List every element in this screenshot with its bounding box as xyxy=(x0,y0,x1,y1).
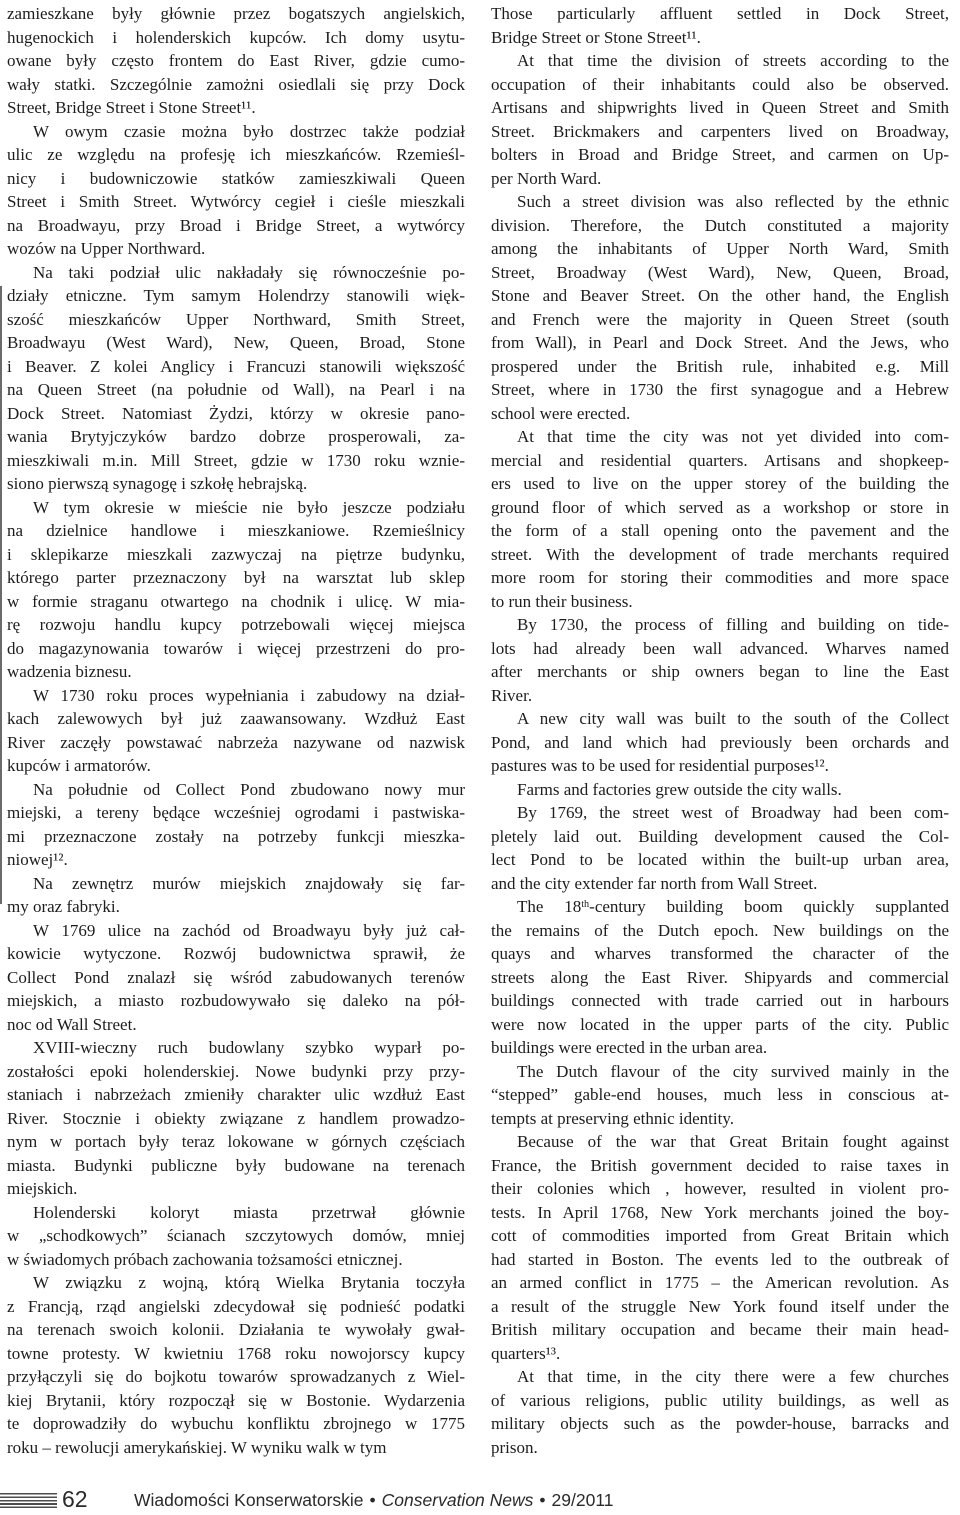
text-line: szość mieszkańców Upper Northward, Smith… xyxy=(7,308,465,332)
separator-bullet: • xyxy=(539,1490,545,1510)
text-line: do magazynowania towarów i więcej przest… xyxy=(7,637,465,661)
text-line: miejskich. xyxy=(7,1177,465,1201)
text-line: The 18th-century building boom quickly s… xyxy=(491,895,949,919)
text-line: z Francją, rząd angielski zdecydował się… xyxy=(7,1295,465,1319)
page-number: 62 xyxy=(62,1486,88,1512)
text-line: cott of commodities imported from Great … xyxy=(491,1224,949,1248)
text-line: owane były często frontem do East River,… xyxy=(7,49,465,73)
journal-mark-icon xyxy=(0,1493,57,1508)
text-line: an armed conflict in 1775 – the American… xyxy=(491,1271,949,1295)
text-line: Farms and factories grew outside the cit… xyxy=(491,778,949,802)
text-column-polish: zamieszkane były głównie przez bogatszyc… xyxy=(7,2,465,1459)
text-line: and French were the majority in Queen St… xyxy=(491,308,949,332)
text-line: towne protesty. W kwietniu 1768 roku now… xyxy=(7,1342,465,1366)
text-line: streets along the East River. Shipyards … xyxy=(491,966,949,990)
text-line: w świadomych próbach zachowania tożsamoś… xyxy=(7,1248,465,1272)
text-line: miasta. Budynki publiczne były budowane … xyxy=(7,1154,465,1178)
text-line: their colonies which , however, resulted… xyxy=(491,1177,949,1201)
text-line: kupców i armatorów. xyxy=(7,754,465,778)
text-line: kach zalewowych był już zaawansowany. Wz… xyxy=(7,707,465,731)
text-line: pletely laid out. Building development c… xyxy=(491,825,949,849)
text-line: którego parter przeznaczony był na warsz… xyxy=(7,566,465,590)
text-line: W tym okresie w mieście nie było jeszcze… xyxy=(7,496,465,520)
text-line: mi przeznaczone zostały na potrzeby funk… xyxy=(7,825,465,849)
text-line: quays and wharves transformed the charac… xyxy=(491,942,949,966)
text-line: Bridge Street or Stone Street¹¹. xyxy=(491,26,949,50)
text-line: a result of the struggle New York found … xyxy=(491,1295,949,1319)
text-line: na dzielnice handlowe i mieszkaniowe. Rz… xyxy=(7,519,465,543)
text-line: Collect Pond znalazł się wśród zabudowan… xyxy=(7,966,465,990)
text-line: Street, Broadway (West Ward), New, Queen… xyxy=(491,261,949,285)
text-line: w „schodkowych” ścianach szczytowych dom… xyxy=(7,1224,465,1248)
text-line: kowicie wytyczone. Rozwój budownictwa sp… xyxy=(7,942,465,966)
journal-title-en: Conservation News xyxy=(382,1490,534,1510)
text-line: Street i Smith Street. Wytwórcy cegieł i… xyxy=(7,190,465,214)
text-line: lect Pond to be located within the built… xyxy=(491,848,949,872)
text-line: Dock Street. Natomiast Żydzi, którzy w o… xyxy=(7,402,465,426)
text-line: “stepped” gable-end houses, much less in… xyxy=(491,1083,949,1107)
text-line: By 1769, the street west of Broadway had… xyxy=(491,801,949,825)
text-line: mercial and residential quarters. Artisa… xyxy=(491,449,949,473)
text-line: bolters in Broad and Bridge Street, and … xyxy=(491,143,949,167)
text-line: i Beaver. Z kolei Anglicy i Francuzi sta… xyxy=(7,355,465,379)
text-line: W 1730 roku proces wypełniania i zabudow… xyxy=(7,684,465,708)
text-line: street. With the development of trade me… xyxy=(491,543,949,567)
text-line: River. xyxy=(491,684,949,708)
text-line: hugenockich i holenderskich kupców. Ich … xyxy=(7,26,465,50)
text-line: wozów na Upper Northward. xyxy=(7,237,465,261)
text-line: my oraz fabryki. xyxy=(7,895,465,919)
text-line: wały statki. Szczególnie zamożni osiedla… xyxy=(7,73,465,97)
text-line: nicy i budowniczowie statków zamieszkiwa… xyxy=(7,167,465,191)
text-line: Street. Brickmakers and carpenters lived… xyxy=(491,120,949,144)
text-line: and the city extender far north from Wal… xyxy=(491,872,949,896)
text-line: noc od Wall Street. xyxy=(7,1013,465,1037)
text-line: nym w portach były teraz lokowane w górn… xyxy=(7,1130,465,1154)
text-line: of various religions, public utility bui… xyxy=(491,1389,949,1413)
text-column-english: Those particularly affluent settled in D… xyxy=(491,2,949,1459)
text-line: per North Ward. xyxy=(491,167,949,191)
text-line: At that time the city was not yet divide… xyxy=(491,425,949,449)
text-line: tests. In April 1768, New York merchants… xyxy=(491,1201,949,1225)
text-line: niowej¹². xyxy=(7,848,465,872)
text-line: the form of a stall opening onto the pav… xyxy=(491,519,949,543)
text-line: buildings were erected in the urban area… xyxy=(491,1036,949,1060)
text-line: Stone and Beaver Street. On the other ha… xyxy=(491,284,949,308)
text-line: to run their business. xyxy=(491,590,949,614)
text-line: przyłączyli się do bojkotu towarów sprow… xyxy=(7,1365,465,1389)
text-line: Artisans and shipwrights lived in Queen … xyxy=(491,96,949,120)
text-line: from Wall), in Pearl and Dock Street. An… xyxy=(491,331,949,355)
journal-title-line: Wiadomości Konserwatorskie•Conservation … xyxy=(134,1489,614,1511)
text-line: Such a street division was also reflecte… xyxy=(491,190,949,214)
text-line: W owym czasie można było dostrzec także … xyxy=(7,120,465,144)
text-line: Those particularly affluent settled in D… xyxy=(491,2,949,26)
text-line: zostałości epoki holenderskiej. Nowe bud… xyxy=(7,1060,465,1084)
text-line: i sklepikarze mieszkali zazwyczaj na pię… xyxy=(7,543,465,567)
text-line: miejskich, a miasto rozbudowywało się da… xyxy=(7,989,465,1013)
text-line: British military occupation and became t… xyxy=(491,1318,949,1342)
text-line: Na taki podział ulic nakładały się równo… xyxy=(7,261,465,285)
text-line: miejski, a tereny będące wcześniej ogrod… xyxy=(7,801,465,825)
text-line: te doprowadziły do wybuchu konfliktu zbr… xyxy=(7,1412,465,1436)
text-line: mieszkiwali m.in. Mill Street, gdzie w 1… xyxy=(7,449,465,473)
text-line: By 1730, the process of filling and buil… xyxy=(491,613,949,637)
text-line: rę rozwoju handlu kupcy potrzebowali wię… xyxy=(7,613,465,637)
text-line: siono pierwszą synagogę i szkołę hebrajs… xyxy=(7,472,465,496)
text-line: among the inhabitants of Upper North War… xyxy=(491,237,949,261)
issue-number: 29/2011 xyxy=(552,1490,614,1510)
text-line: Holenderski koloryt miasta przetrwał głó… xyxy=(7,1201,465,1225)
text-line: W 1769 ulice na zachód od Broadwayu były… xyxy=(7,919,465,943)
text-line: quarters¹³. xyxy=(491,1342,949,1366)
text-line: after merchants or ship owners began to … xyxy=(491,660,949,684)
text-line: The Dutch flavour of the city survived m… xyxy=(491,1060,949,1084)
scan-edge-artifact xyxy=(0,286,2,904)
text-line: lots had already been wall advanced. Wha… xyxy=(491,637,949,661)
text-line: A new city wall was built to the south o… xyxy=(491,707,949,731)
text-line: Na zewnętrz murów miejskich znajdowały s… xyxy=(7,872,465,896)
text-line: Broadwayu (West Ward), New, Queen, Broad… xyxy=(7,331,465,355)
text-line: had started in Boston. The events led to… xyxy=(491,1248,949,1272)
text-line: na terenach swoich kolonii. Działania te… xyxy=(7,1318,465,1342)
text-line: France, the British government decided t… xyxy=(491,1154,949,1178)
text-line: military objects such as the powder-hous… xyxy=(491,1412,949,1436)
text-line: At that time the division of streets acc… xyxy=(491,49,949,73)
text-line: w formie straganu otwartego na chodnik i… xyxy=(7,590,465,614)
text-line: staniach i nabrzeżach zmieniły charakter… xyxy=(7,1083,465,1107)
text-line: were now located in the upper parts of t… xyxy=(491,1013,949,1037)
text-line: ers used to live on the upper storey of … xyxy=(491,472,949,496)
text-line: na Broadwayu, przy Broad i Bridge Street… xyxy=(7,214,465,238)
text-line: River zaczęły powstawać nabrzeża nazywan… xyxy=(7,731,465,755)
text-line: zamieszkane były głównie przez bogatszyc… xyxy=(7,2,465,26)
journal-title-pl: Wiadomości Konserwatorskie xyxy=(134,1490,364,1510)
text-line: Street, where in 1730 the first synagogu… xyxy=(491,378,949,402)
text-line: Pond, and land which had previously been… xyxy=(491,731,949,755)
text-line: Na południe od Collect Pond zbudowano no… xyxy=(7,778,465,802)
text-line: kiej Brytanii, który rozpoczął się w Bos… xyxy=(7,1389,465,1413)
scanned-page: zamieszkane były głównie przez bogatszyc… xyxy=(0,0,960,1515)
text-line: W związku z wojną, którą Wielka Brytania… xyxy=(7,1271,465,1295)
text-line: roku – rewolucji amerykańskiej. W wyniku… xyxy=(7,1436,465,1460)
text-line: wania Brytyjczyków bardzo dobrze prosper… xyxy=(7,425,465,449)
text-line: wadzenia biznesu. xyxy=(7,660,465,684)
text-line: pastures was to be used for residential … xyxy=(491,754,949,778)
text-line: occupation of their inhabitants could al… xyxy=(491,73,949,97)
text-line: tempts at preserving ethnic identity. xyxy=(491,1107,949,1131)
text-line: school were erected. xyxy=(491,402,949,426)
separator-bullet: • xyxy=(370,1490,376,1510)
text-line: River. Stocznie i obiekty związane z han… xyxy=(7,1107,465,1131)
text-line: Because of the war that Great Britain fo… xyxy=(491,1130,949,1154)
text-line: prospered under the British rule, inhabi… xyxy=(491,355,949,379)
text-line: At that time, in the city there were a f… xyxy=(491,1365,949,1389)
text-line: na Queen Street (na południe od Wall), n… xyxy=(7,378,465,402)
text-line: działy etniczne. Tym samym Holendrzy sta… xyxy=(7,284,465,308)
text-line: the remains of the Dutch epoch. New buil… xyxy=(491,919,949,943)
text-line: division. Therefore, the Dutch constitut… xyxy=(491,214,949,238)
text-line: ulic ze względu na profesję ich mieszkań… xyxy=(7,143,465,167)
text-line: Street, Bridge Street i Stone Street¹¹. xyxy=(7,96,465,120)
text-line: prison. xyxy=(491,1436,949,1460)
text-line: ground floor of which served as a worksh… xyxy=(491,496,949,520)
page-footer: 62 Wiadomości Konserwatorskie•Conservati… xyxy=(0,1486,960,1514)
text-line: more room for storing their commodities … xyxy=(491,566,949,590)
article-body: zamieszkane były głównie przez bogatszyc… xyxy=(7,2,949,1459)
text-line: XVIII-wieczny ruch budowlany szybko wypa… xyxy=(7,1036,465,1060)
text-line: buildings connected with trade carried o… xyxy=(491,989,949,1013)
